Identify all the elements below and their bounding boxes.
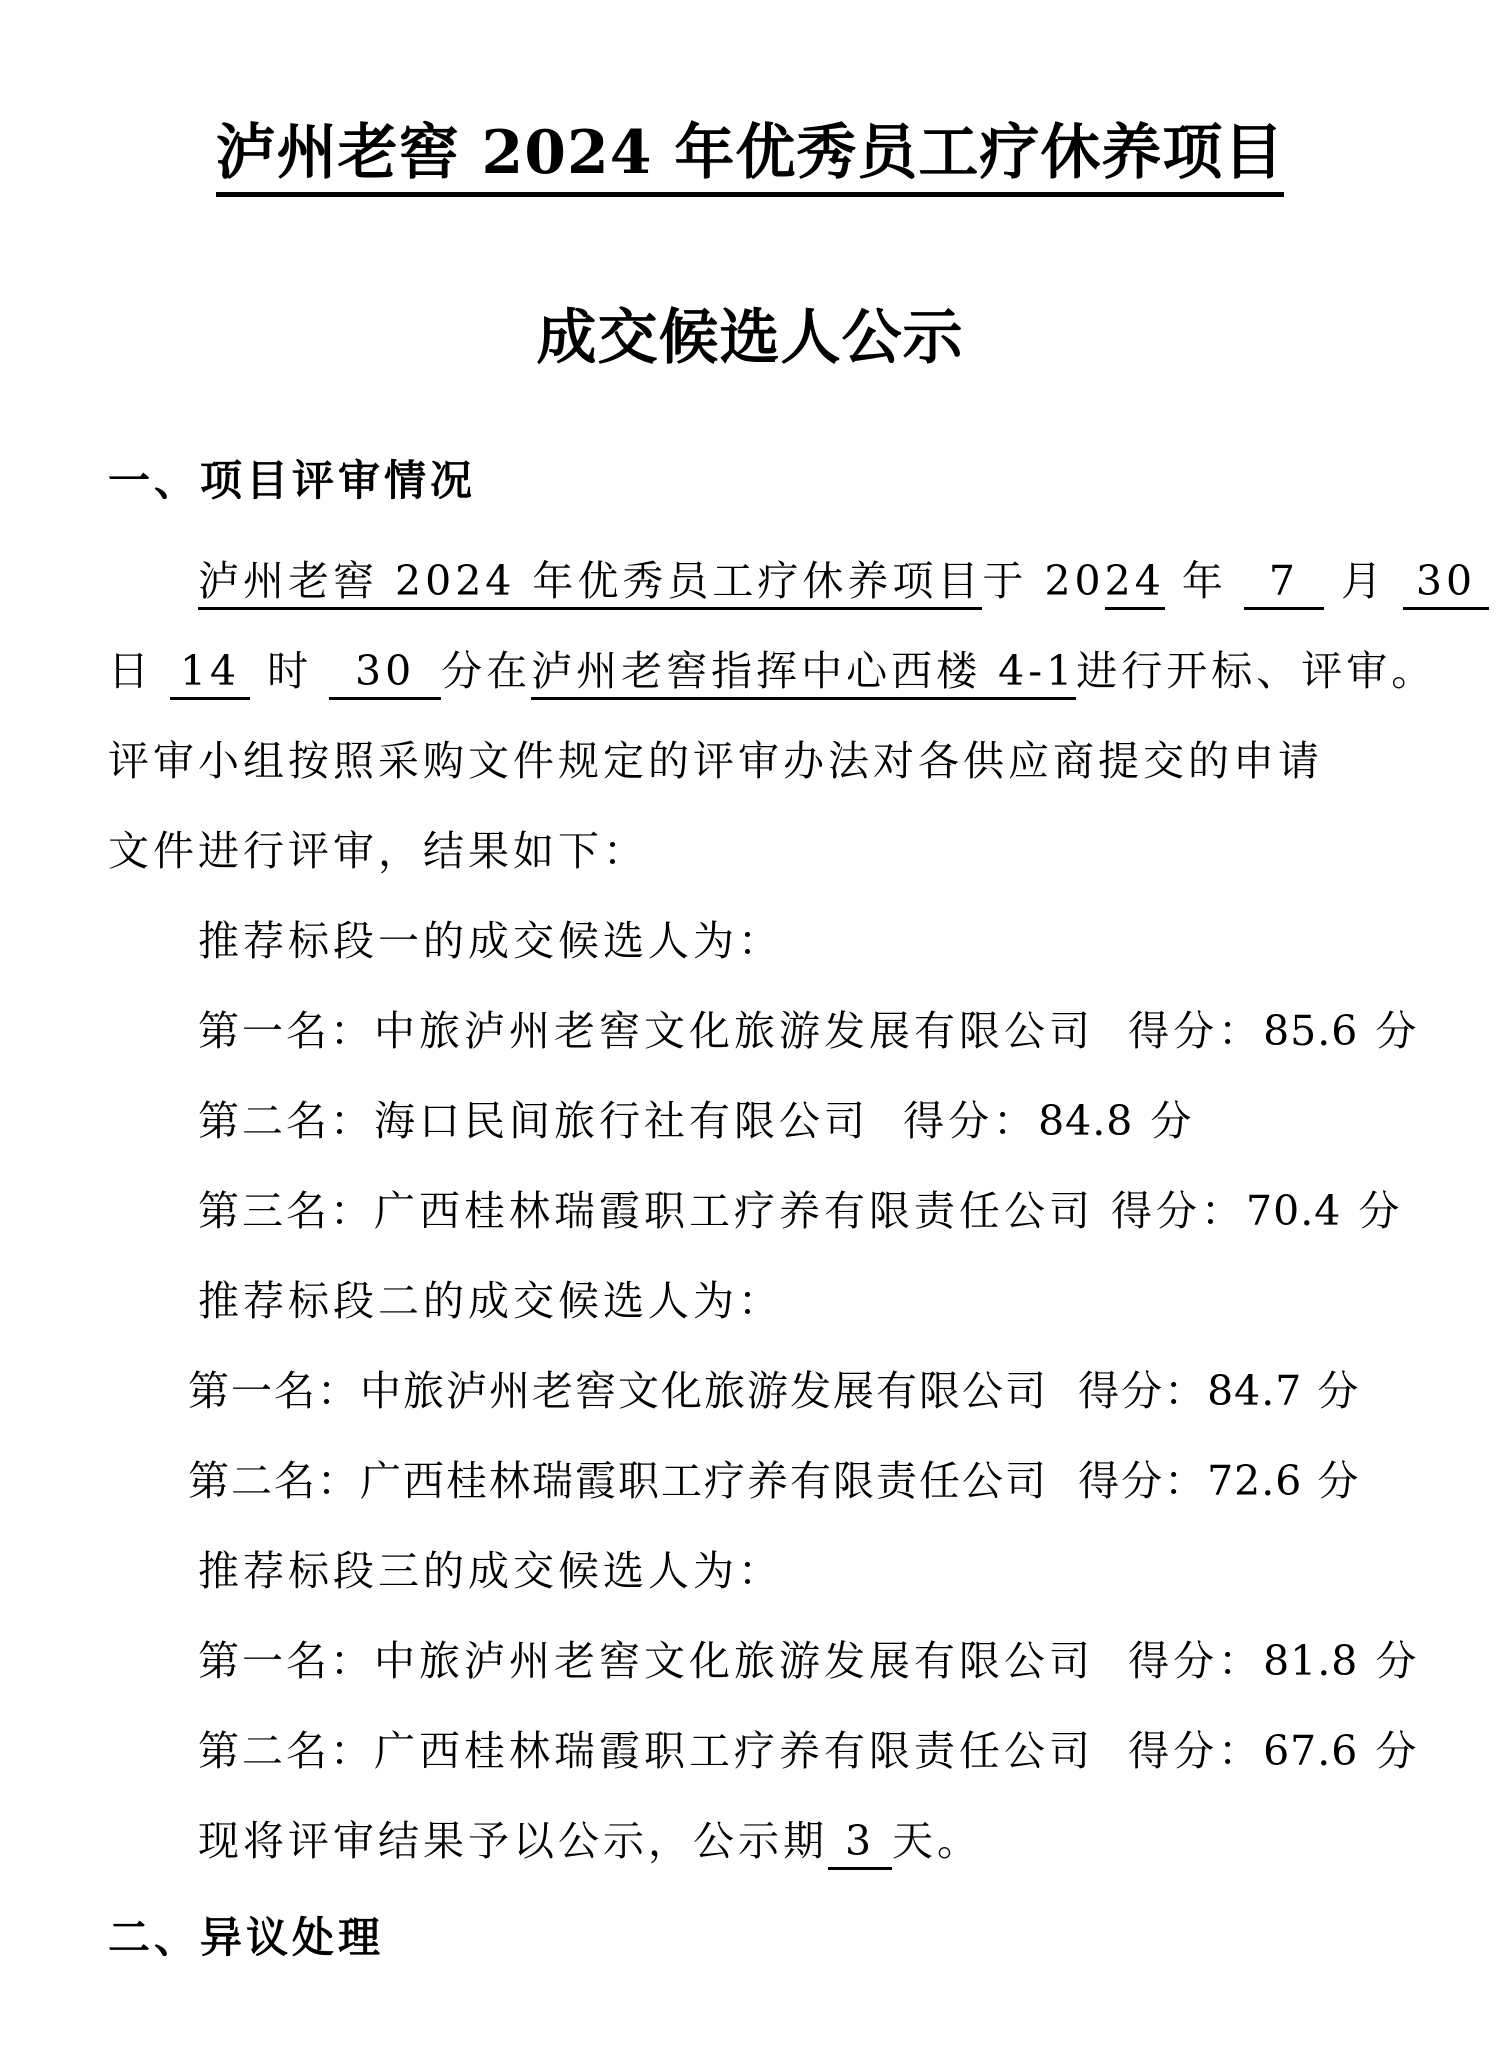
document-subtitle: 成交候选人公示 bbox=[0, 290, 1500, 376]
lot-2-candidate-2: 第二名：广西桂林瑞霞职工疗养有限责任公司 得分：72.6 分 bbox=[188, 1448, 1360, 1507]
score-value: 84.7 bbox=[1207, 1367, 1302, 1415]
text-nian: 年 bbox=[1182, 557, 1227, 605]
minute-blank: 30 bbox=[329, 647, 441, 700]
score-value: 85.6 bbox=[1263, 1007, 1358, 1055]
text-fen-zai: 分在 bbox=[441, 647, 531, 695]
text-yu: 于 20 bbox=[982, 557, 1104, 605]
paragraph-line-1: 泸州老窖 2024 年优秀员工疗休养项目于 2024 年 7 月 30 bbox=[198, 548, 1489, 610]
project-name: 泸州老窖 2024 年优秀员工疗休养项目 bbox=[198, 557, 982, 610]
document-title: 泸州老窖 2024 年优秀员工疗休养项目 bbox=[0, 105, 1500, 191]
section-heading-review: 一、项目评审情况 bbox=[108, 448, 476, 508]
company-name: 海口民间旅行社有限公司 bbox=[374, 1097, 869, 1145]
lot-3-heading: 推荐标段三的成交候选人为： bbox=[198, 1538, 783, 1597]
hour-blank: 14 bbox=[170, 647, 250, 700]
section-heading-objection: 二、异议处理 bbox=[108, 1905, 384, 1965]
score-value: 81.8 bbox=[1263, 1637, 1358, 1685]
text-after-location: 进行开标、评审。 bbox=[1076, 647, 1436, 695]
company-name: 广西桂林瑞霞职工疗养有限责任公司 bbox=[374, 1187, 1094, 1235]
lot-1-candidate-2: 第二名：海口民间旅行社有限公司 得分：84.8 分 bbox=[198, 1088, 1195, 1147]
lot-1-candidate-3: 第三名：广西桂林瑞霞职工疗养有限责任公司 得分：70.4 分 bbox=[198, 1178, 1403, 1237]
title-line-1: 泸州老窖 2024 年优秀员工疗休养项目 bbox=[216, 118, 1285, 197]
document-page: 泸州老窖 2024 年优秀员工疗休养项目 成交候选人公示 一、项目评审情况 泸州… bbox=[0, 0, 1500, 2064]
lot-1-candidate-1: 第一名：中旅泸州老窖文化旅游发展有限公司 得分：85.6 分 bbox=[198, 998, 1420, 1057]
company-name: 中旅泸州老窖文化旅游发展有限公司 bbox=[374, 1007, 1094, 1055]
days-blank: 3 bbox=[828, 1817, 892, 1870]
lot-3-candidate-1: 第一名：中旅泸州老窖文化旅游发展有限公司 得分：81.8 分 bbox=[198, 1628, 1420, 1687]
location: 泸州老窖指挥中心西楼 4-1 bbox=[531, 647, 1076, 700]
publicity-statement: 现将评审结果予以公示，公示期3天。 bbox=[198, 1808, 982, 1870]
text-shi: 时 bbox=[267, 647, 312, 695]
month-blank: 7 bbox=[1244, 557, 1324, 610]
company-name: 中旅泸州老窖文化旅游发展有限公司 bbox=[360, 1367, 1048, 1415]
text-ri: 日 bbox=[108, 647, 153, 695]
lot-2-heading: 推荐标段二的成交候选人为： bbox=[198, 1268, 783, 1327]
year-blank: 24 bbox=[1105, 557, 1165, 610]
text-yue: 月 bbox=[1341, 557, 1386, 605]
score-value: 67.6 bbox=[1263, 1727, 1358, 1775]
day-blank: 30 bbox=[1403, 557, 1489, 610]
paragraph-line-2: 日 14 时 30分在泸州老窖指挥中心西楼 4-1进行开标、评审。 bbox=[108, 638, 1436, 700]
company-name: 广西桂林瑞霞职工疗养有限责任公司 bbox=[360, 1457, 1048, 1505]
score-value: 84.8 bbox=[1038, 1097, 1133, 1145]
lot-2-candidate-1: 第一名：中旅泸州老窖文化旅游发展有限公司 得分：84.7 分 bbox=[188, 1358, 1360, 1417]
score-value: 72.6 bbox=[1207, 1457, 1302, 1505]
company-name: 广西桂林瑞霞职工疗养有限责任公司 bbox=[374, 1727, 1094, 1775]
paragraph-line-4: 文件进行评审，结果如下： bbox=[108, 818, 648, 877]
lot-1-heading: 推荐标段一的成交候选人为： bbox=[198, 908, 783, 967]
paragraph-line-3: 评审小组按照采购文件规定的评审办法对各供应商提交的申请 bbox=[108, 728, 1323, 787]
score-value: 70.4 bbox=[1246, 1187, 1341, 1235]
lot-3-candidate-2: 第二名：广西桂林瑞霞职工疗养有限责任公司 得分：67.6 分 bbox=[198, 1718, 1420, 1777]
company-name: 中旅泸州老窖文化旅游发展有限公司 bbox=[374, 1637, 1094, 1685]
